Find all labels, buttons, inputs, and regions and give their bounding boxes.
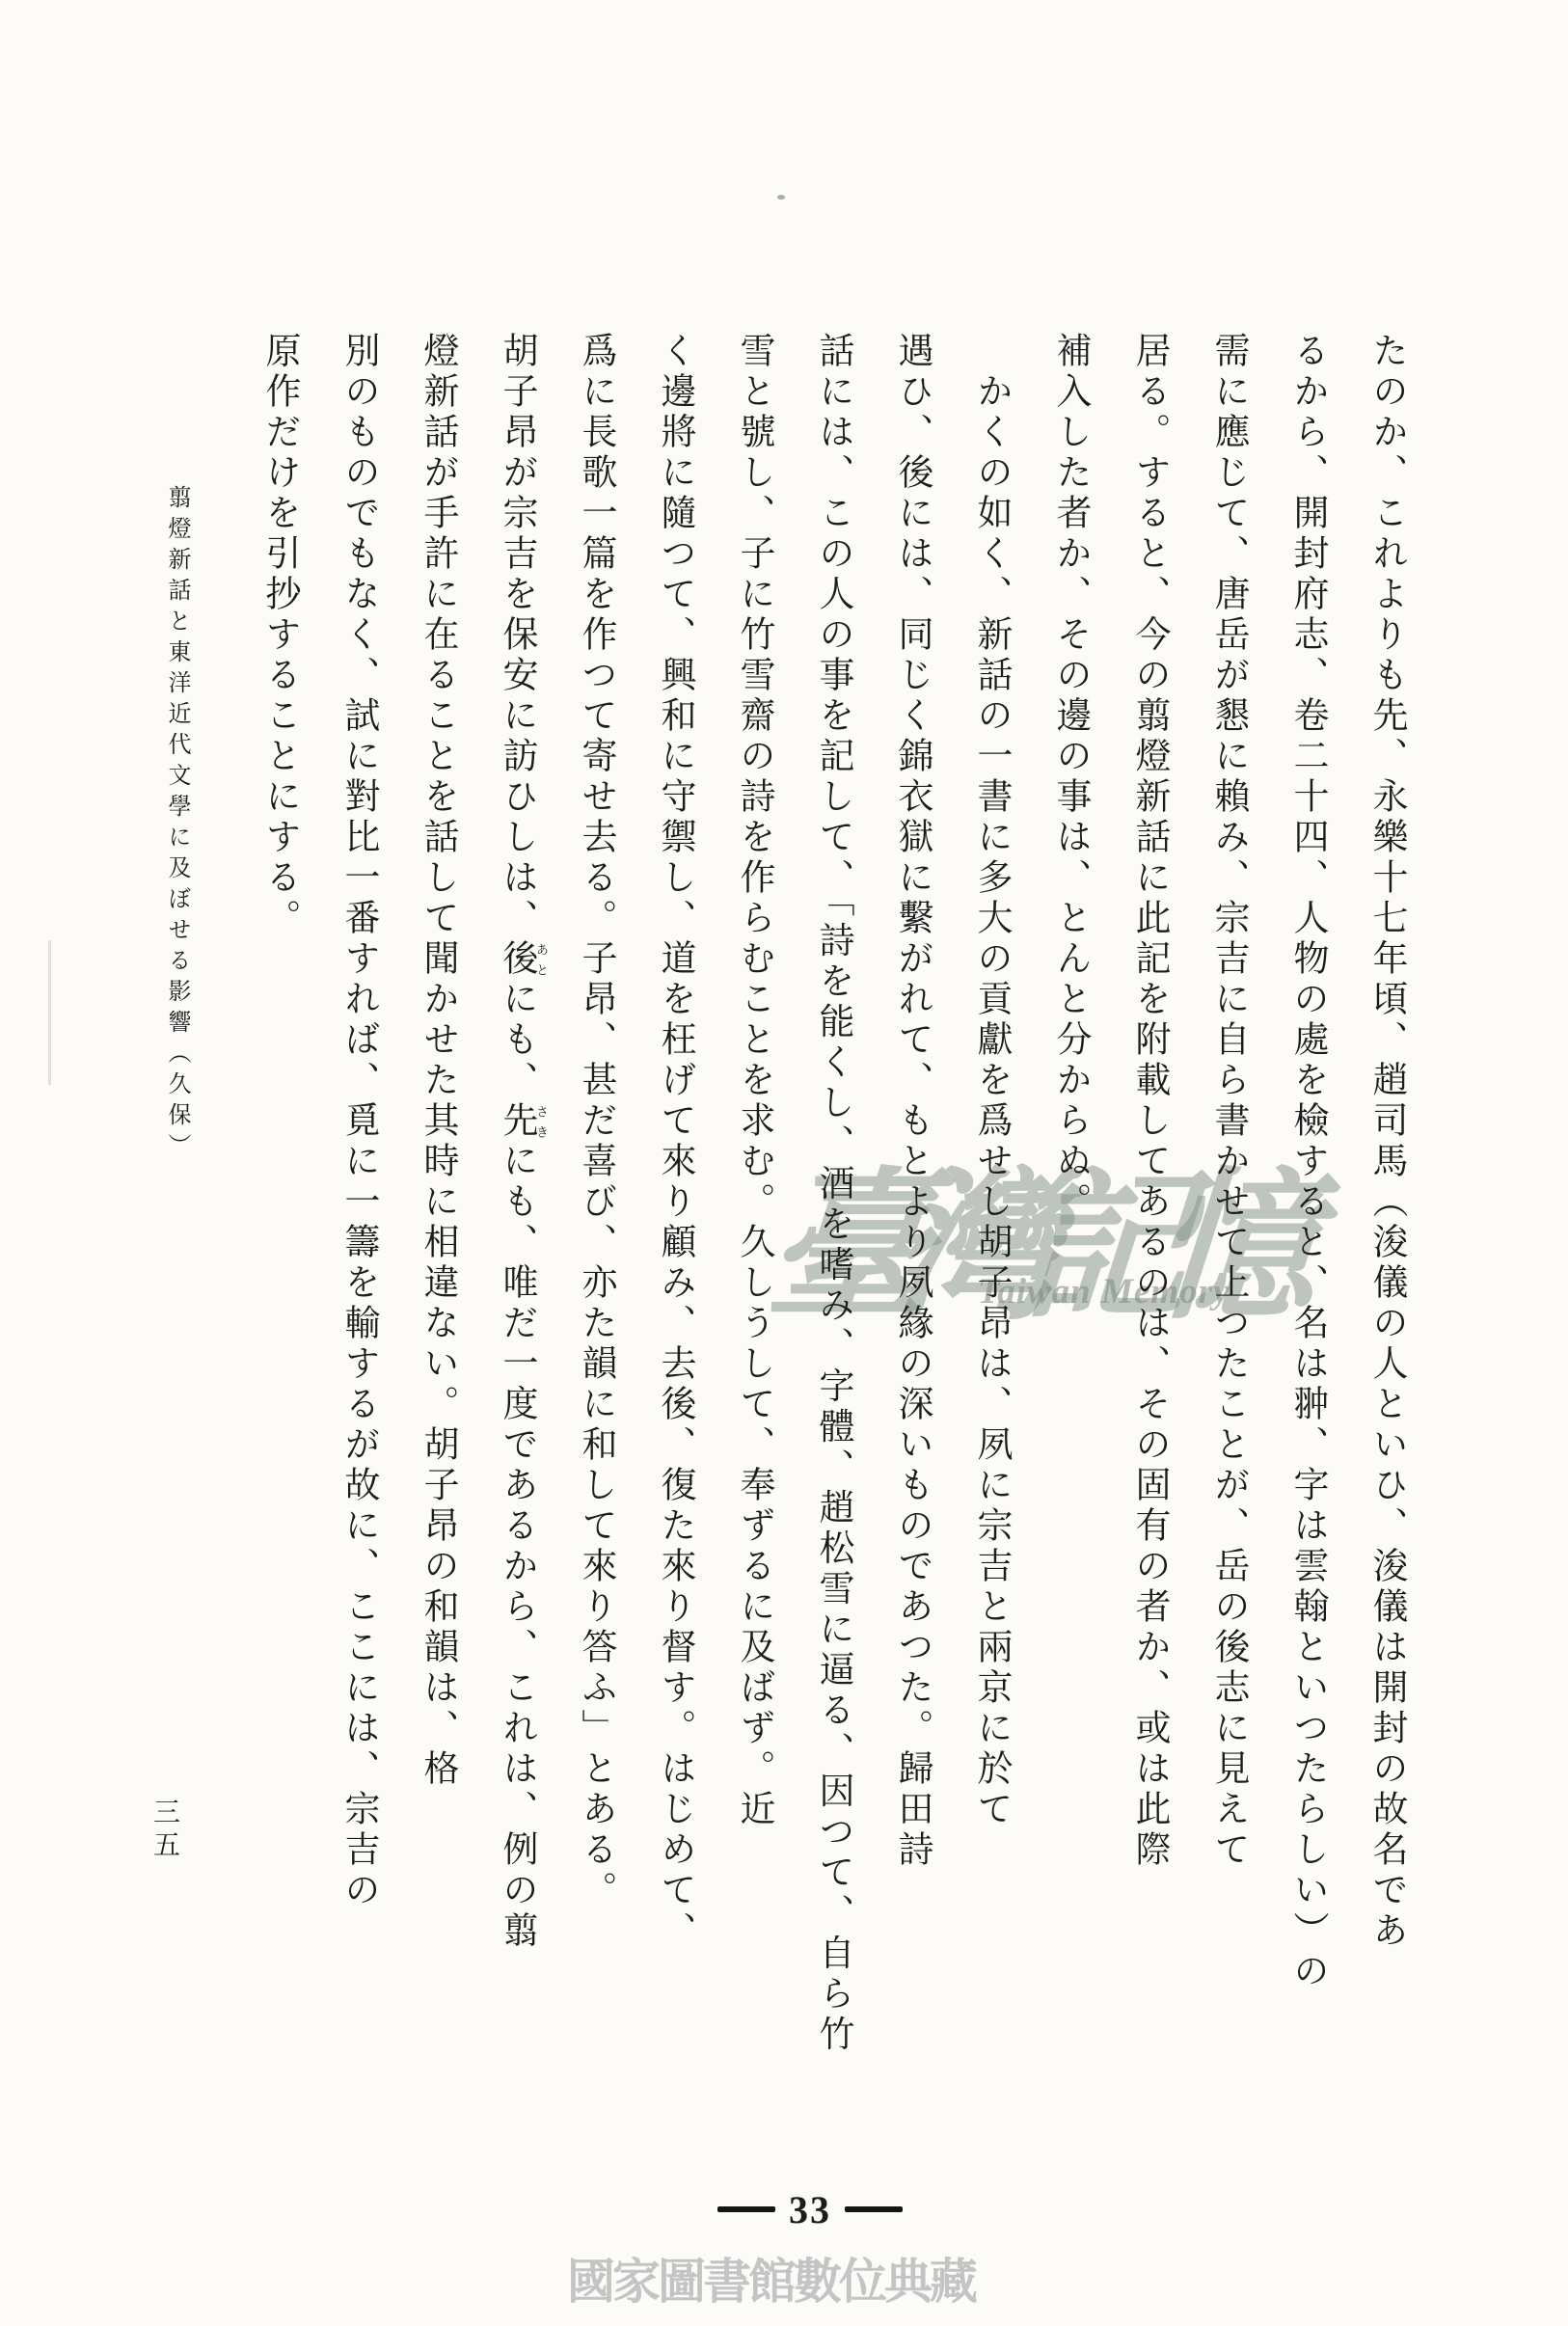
text-column: かくの如く、新話の一書に多大の貢獻を爲せし胡子昂は、夙に宗吉と兩京に於て — [951, 332, 1030, 2125]
text-column: るから、開封府志、卷二十四、人物の處を檢すると、名は翀、字は雲翰といつたらしい）… — [1267, 332, 1346, 2125]
page-number-left-dash — [717, 2206, 775, 2212]
page-number-line: 33 — [675, 2185, 945, 2233]
scanned-book-page: { "document": { "body_columns": [ "たのか、こ… — [0, 0, 1568, 2326]
text-column: 遇ひ、後には、同じく錦衣獄に繫がれて、もとより夙緣の深いものであつた。歸田詩 — [872, 332, 951, 2125]
text-column: 居る。すると、今の翦燈新話に此記を附載してあるのは、その固有の者か、或は此際 — [1109, 332, 1188, 2125]
main-text-block: たのか、これよりも先、永樂十七年頃、趙司馬（浚儀の人といひ、浚儀は開封の故名であ… — [239, 332, 1425, 2125]
text-column: たのか、これよりも先、永樂十七年頃、趙司馬（浚儀の人といひ、浚儀は開封の故名であ — [1346, 332, 1425, 2125]
text-column: 補入した者か、その邊の事は、とんと分からぬ。 — [1030, 332, 1109, 2125]
text-column: 話には、この人の事を記して、「詩を能くし、酒を嗜み、字體、趙松雪に逼る、因つて、… — [793, 332, 872, 2125]
text-column: 爲に長歌一篇を作つて寄せ去る。子昂、甚だ喜び、亦た韻に和して來り答ふ」とある。 — [555, 332, 635, 2125]
text-column: く邊將に隨つて、興和に守禦し、道を枉げて來り顧み、去後、復た來り督す。はじめて、 — [635, 332, 714, 2125]
page-edge-smudge — [48, 940, 51, 1085]
ink-speck — [777, 195, 785, 200]
text-column: 雪と號し、子に竹雪齋の詩を作らむことを求む。久しうして、奉ずるに及ばず。近 — [714, 332, 793, 2125]
text-column: 原作だけを引抄することにする。 — [239, 332, 318, 2125]
page-number: 33 — [789, 2187, 831, 2232]
text-column: 別のものでもなく、試に對比一番すれば、覓に一籌を輸するが故に、ここには、宗吉の — [318, 332, 397, 2125]
text-column: 胡子昂が宗吉を保安に訪ひしは、後あとにも、先さきにも、唯だ一度であるから、これは… — [476, 332, 555, 2125]
running-title-side-note: 翦燈新話と東洋近代文學に及ぼせる影響（久保） — [160, 485, 194, 1218]
page-number-right-dash — [845, 2206, 903, 2212]
archive-stamp: 國家圖書館數位典藏 — [567, 2243, 991, 2312]
text-column: 燈新話が手許に在ることを話して聞かせた其時に相違ない。胡子昂の和韻は、格 — [397, 332, 476, 2125]
folio-number: 三五 — [145, 1798, 183, 1863]
text-column: 需に應じて、唐岳が懇に賴み、宗吉に自ら書かせて上つたことが、岳の後志に見えて — [1188, 332, 1267, 2125]
